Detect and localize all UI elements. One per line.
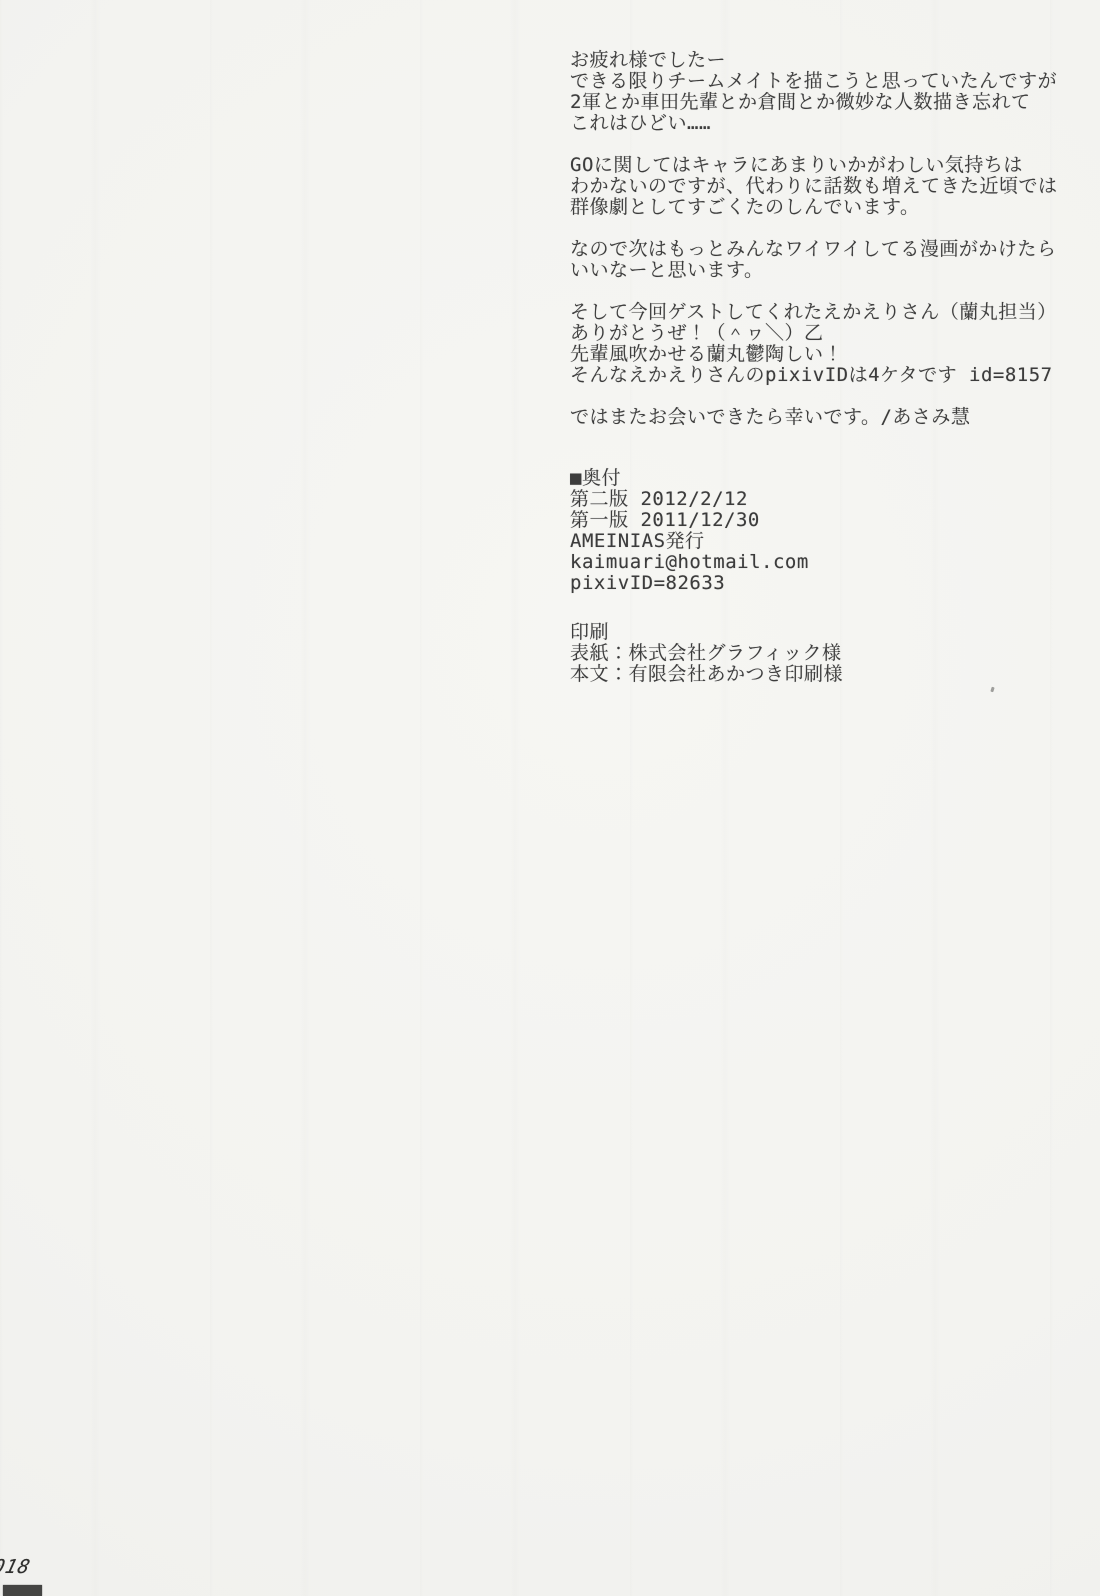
corner-registration-mark — [3, 1585, 42, 1596]
colophon-section: ■奥付 第二版 2012/2/12 第一版 2011/12/30 AMEINIA… — [570, 468, 1090, 594]
page-number: 018 — [0, 1556, 33, 1578]
afterword-line: 2軍とか車田先輩とか倉間とか微妙な人数描き忘れて — [570, 92, 1090, 113]
printing-line-cover: 表紙：株式会社グラフィック様 — [570, 643, 1090, 664]
afterword-line: 先輩風吹かせる蘭丸鬱陶しい！ — [570, 344, 1090, 365]
colophon-heading: ■奥付 — [570, 468, 1090, 489]
afterword-paragraph: そして今回ゲストしてくれたえかえりさん（蘭丸担当） ありがとうぜ！（＾ヮ＼）乙 … — [570, 302, 1090, 386]
afterword-paragraph: お疲れ様でしたー できる限りチームメイトを描こうと思っていたんですが 2軍とか車… — [570, 50, 1090, 134]
afterword-line: いいなーと思います。 — [570, 260, 1090, 281]
afterword-line: お疲れ様でしたー — [570, 50, 1090, 71]
afterword-line: これはひどい…… — [570, 113, 1090, 134]
colophon-line-email: kaimuari@hotmail.com — [570, 552, 1090, 573]
afterword-signature-line: ではまたお会いできたら幸いです。/あさみ慧 — [570, 407, 1090, 428]
afterword-line: なので次はもっとみんなワイワイしてる漫画がかけたら — [570, 239, 1090, 260]
colophon-line-edition2: 第二版 2012/2/12 — [570, 489, 1090, 510]
printing-heading: 印刷 — [570, 622, 1090, 643]
printing-line-body: 本文：有限会社あかつき印刷様 — [570, 664, 1090, 685]
afterword-line: GOに関してはキャラにあまりいかがわしい気持ちは — [570, 155, 1090, 176]
printing-section: 印刷 表紙：株式会社グラフィック様 本文：有限会社あかつき印刷様 — [570, 622, 1090, 685]
afterword-line: わかないのですが、代わりに話数も増えてきた近頃では — [570, 176, 1090, 197]
afterword-line: できる限りチームメイトを描こうと思っていたんですが — [570, 71, 1090, 92]
afterword-line: そして今回ゲストしてくれたえかえりさん（蘭丸担当） — [570, 302, 1090, 323]
afterword-text-column: お疲れ様でしたー できる限りチームメイトを描こうと思っていたんですが 2軍とか車… — [570, 50, 1090, 685]
colophon-line-publisher: AMEINIAS発行 — [570, 531, 1090, 552]
scanned-page: お疲れ様でしたー できる限りチームメイトを描こうと思っていたんですが 2軍とか車… — [0, 0, 1100, 1596]
afterword-line: 群像劇としてすごくたのしんでいます。 — [570, 197, 1090, 218]
afterword-paragraph: GOに関してはキャラにあまりいかがわしい気持ちは わかないのですが、代わりに話数… — [570, 155, 1090, 218]
afterword-line: そんなえかえりさんのpixivIDは4ケタです id=8157 — [570, 365, 1090, 386]
afterword-paragraph: ではまたお会いできたら幸いです。/あさみ慧 — [570, 407, 1090, 428]
colophon-line-edition1: 第一版 2011/12/30 — [570, 510, 1090, 531]
colophon-line-pixiv-id: pixivID=82633 — [570, 573, 1090, 594]
afterword-line: ありがとうぜ！（＾ヮ＼）乙 — [570, 323, 1090, 344]
scan-speck — [990, 687, 994, 693]
afterword-paragraph: なので次はもっとみんなワイワイしてる漫画がかけたら いいなーと思います。 — [570, 239, 1090, 281]
